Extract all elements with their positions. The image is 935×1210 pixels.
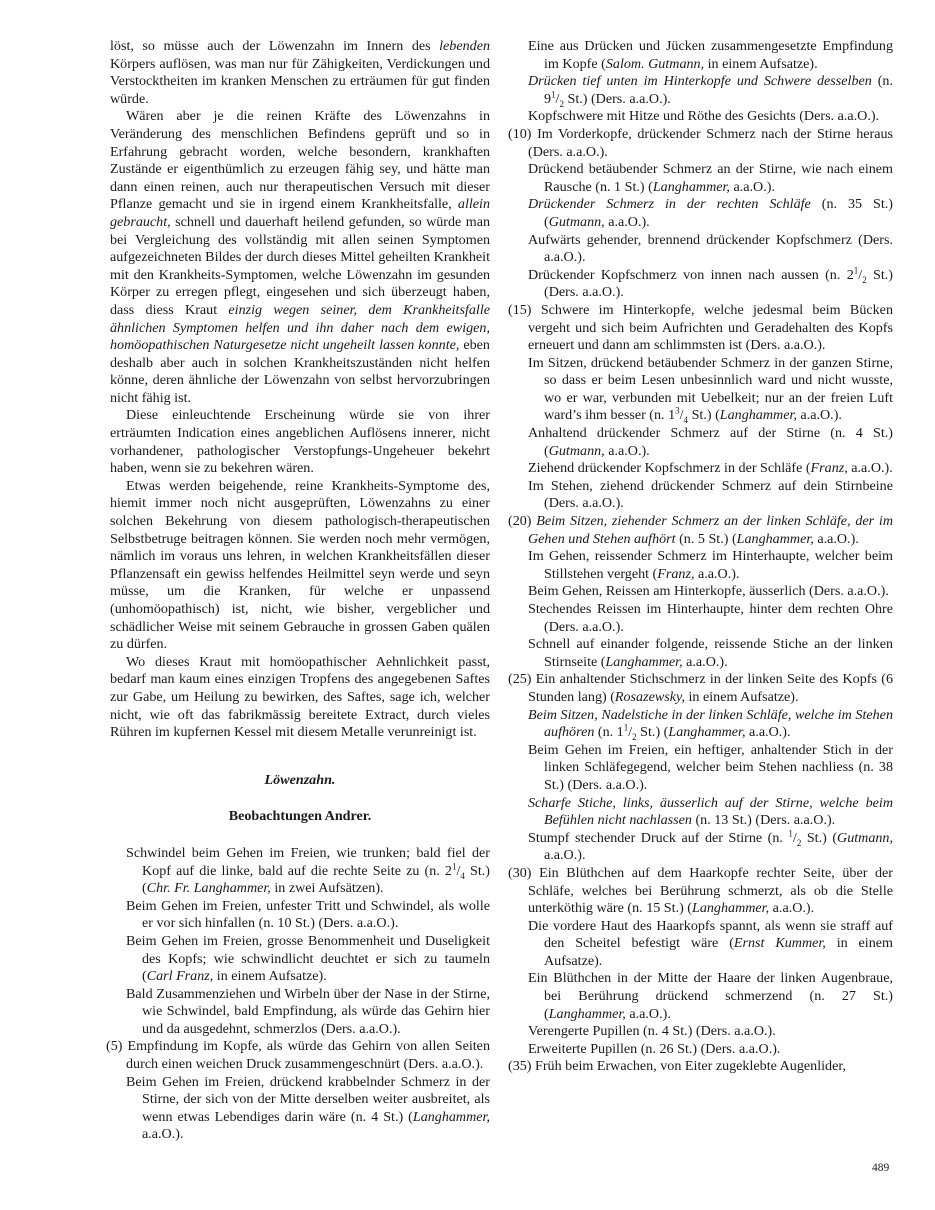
entry-number: (10) [508,126,537,142]
symptom-entry: (10) Im Vorderkopfe, drückender Schmerz … [512,126,893,161]
symptom-entry: Verengerte Pupillen (n. 4 St.) (Ders. a.… [512,1023,893,1041]
entry-number: (15) [508,302,541,318]
symptom-entry: Bald Zusammenziehen und Wirbeln über der… [110,986,490,1039]
symptom-entry: (5) Empfindung im Kopfe, als würde das G… [110,1038,490,1073]
symptom-entry: (25) Ein anhaltender Stichschmerz in der… [512,671,893,706]
symptom-entry: Beim Gehen im Freien, grosse Benommenhei… [110,933,490,986]
symptom-entry: (30) Ein Blüthchen auf dem Haarkopfe rec… [512,865,893,918]
symptom-entry: Beim Gehen im Freien, ein heftiger, anha… [512,742,893,795]
entry-number: (25) [508,671,536,687]
symptom-entry: Eine aus Drücken und Jücken zusammengese… [512,38,893,73]
entry-number: (30) [508,865,539,881]
symptom-entry: Schnell auf einander folgende, reissende… [512,636,893,671]
symptom-entry: (35) Früh beim Erwachen, von Eiter zugek… [512,1058,893,1076]
section-subtitle: Beobachtungen Andrer. [110,808,490,826]
symptom-list-left: Schwindel beim Gehen im Freien, wie trun… [110,845,490,1144]
symptom-entry: (15) Schwere im Hinterkopfe, welche jede… [512,302,893,355]
symptom-entry: Aufwärts gehender, brennend drückender K… [512,232,893,267]
symptom-entry: Im Sitzen, drückend betäubender Schmerz … [512,355,893,425]
symptom-entry: Stechendes Reissen im Hinterhaupte, hint… [512,601,893,636]
symptom-entry: Stumpf stechender Druck auf der Stirne (… [512,830,893,865]
symptom-entry: Beim Sitzen, Nadelstiche in der linken S… [512,707,893,742]
entry-number: (20) [508,513,536,529]
symptom-entry: Beim Gehen im Freien, drückend krabbelnd… [110,1074,490,1144]
symptom-entry: Im Gehen, reissender Schmerz im Hinterha… [512,548,893,583]
symptom-entry: Drücken tief unten im Hinterkopfe und Sc… [512,73,893,108]
symptom-entry: Im Stehen, ziehend drückender Schmerz au… [512,478,893,513]
symptom-entry: Schwindel beim Gehen im Freien, wie trun… [110,845,490,898]
symptom-entry: Kopfschwere mit Hitze und Röthe des Gesi… [512,108,893,126]
symptom-entry: (20) Beim Sitzen, ziehender Schmerz an d… [512,513,893,548]
symptom-entry: Drückender Kopfschmerz von innen nach au… [512,267,893,302]
symptom-entry: Beim Gehen, Reissen am Hinterkopfe, äuss… [512,583,893,601]
symptom-entry: Die vordere Haut des Haarkopfs spannt, a… [512,918,893,971]
section-title: Löwenzahn. [110,772,490,790]
symptom-entry: Scharfe Stiche, links, äusserlich auf de… [512,795,893,830]
symptom-entry: Ein Blüthchen in der Mitte der Haare der… [512,970,893,1023]
entry-number: (35) [508,1058,535,1074]
symptom-entry: Erweiterte Pupillen (n. 26 St.) (Ders. a… [512,1041,893,1059]
body-paragraph: Wo dieses Kraut mit homöopathischer Aehn… [110,654,490,742]
body-paragraph: Wären aber je die reinen Kräfte des Löwe… [110,108,490,407]
symptom-list-right: Eine aus Drücken und Jücken zusammengese… [512,38,893,1076]
intro-text: löst, so müsse auch der Löwenzahn im Inn… [110,38,490,742]
symptom-entry: Ziehend drückender Kopfschmerz in der Sc… [512,460,893,478]
body-paragraph: Etwas werden beigehende, reine Krankheit… [110,478,490,654]
left-column: löst, so müsse auch der Löwenzahn im Inn… [110,38,490,1144]
body-paragraph: löst, so müsse auch der Löwenzahn im Inn… [110,38,490,108]
symptom-entry: Drückend betäubender Schmerz an der Stir… [512,161,893,196]
right-column: Eine aus Drücken und Jücken zusammengese… [512,38,893,1076]
symptom-entry: Anhaltend drückender Schmerz auf der Sti… [512,425,893,460]
body-paragraph: Diese einleuchtende Erscheinung würde si… [110,407,490,477]
symptom-entry: Beim Gehen im Freien, unfester Tritt und… [110,898,490,933]
page-number: 489 [872,1162,889,1174]
entry-number: (5) [106,1038,128,1054]
symptom-entry: Drückender Schmerz in der rechten Schläf… [512,196,893,231]
